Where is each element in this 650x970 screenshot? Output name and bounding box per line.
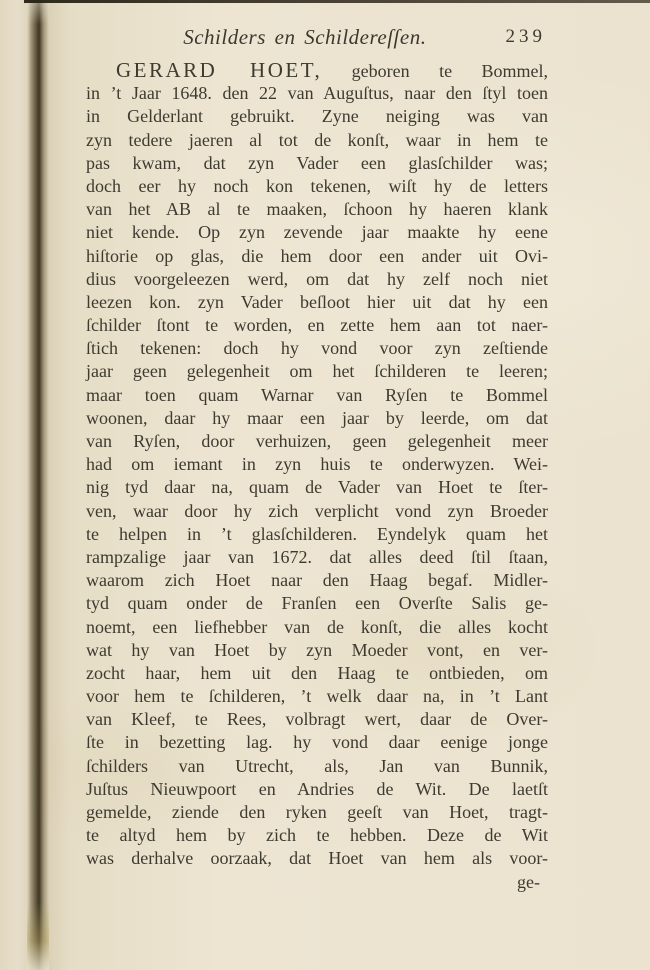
opening-rest: geboren te Bommel, xyxy=(352,61,548,81)
text-line: voor hem te ſchilderen, ’t welk daar na,… xyxy=(86,685,548,708)
text-line: hiſtorie op glas, die hem door een ander… xyxy=(86,245,548,268)
text-line: maar toen quam Warnar van Ryſen te Bomme… xyxy=(86,384,548,407)
text-line: had om iemant in zyn huis te onderwyzen.… xyxy=(86,453,548,476)
entry-name: GERARD HOET, xyxy=(116,58,322,82)
text-line: te altyd hem by zich te hebben. Deze de … xyxy=(86,824,548,847)
text-line: van het AB al te maaken, ſchoon hy haere… xyxy=(86,198,548,221)
text-line: ſte in bezetting lag. hy vond daar eenig… xyxy=(86,731,548,754)
text-line: niet kende. Op zyn zevende jaar maakte h… xyxy=(86,221,548,244)
text-line: jaar geen gelegenheit om het ſchilderen … xyxy=(86,360,548,383)
opening-line: GERARD HOET, geboren te Bommel, xyxy=(86,59,548,82)
text-line: dius voorgeleezen werd, om dat hy zelf n… xyxy=(86,268,548,291)
text-line: ſchilder ſtont te worden, en zette hem a… xyxy=(86,314,548,337)
text-line: ſtich tekenen: doch hy vond voor zyn zeſ… xyxy=(86,337,548,360)
text-line: doch eer hy noch kon tekenen, wiſt hy de… xyxy=(86,175,548,198)
page-content: Schilders en Schildereſſen. 239 GERARD H… xyxy=(86,0,548,894)
page-number: 239 xyxy=(506,26,547,48)
body-lines: in ’t Jaar 1648. den 22 van Auguſtus, na… xyxy=(86,82,548,870)
catchword: ge- xyxy=(86,871,548,894)
text-line: zocht haar, hem uit den Haag te ontbiede… xyxy=(86,662,548,685)
facing-page-edge xyxy=(0,0,30,970)
text-line: woonen, daar hy maar een jaar by leerde,… xyxy=(86,407,548,430)
text-line: van Ryſen, door verhuizen, geen gelegenh… xyxy=(86,430,548,453)
text-line: was derhalve oorzaak, dat Hoet van hem a… xyxy=(86,847,548,870)
text-line: ven, waar door hy zich verplicht vond zy… xyxy=(86,500,548,523)
book-page-scan: Schilders en Schildereſſen. 239 GERARD H… xyxy=(0,0,650,970)
text-line: Juſtus Nieuwpoort en Andries de Wit. De … xyxy=(86,778,548,801)
text-line: wat hy van Hoet by zyn Moeder vont, en v… xyxy=(86,639,548,662)
text-line: in ’t Jaar 1648. den 22 van Auguſtus, na… xyxy=(86,82,548,105)
running-title: Schilders en Schildereſſen. xyxy=(183,25,426,50)
text-line: rampzalige jaar van 1672. dat alles deed… xyxy=(86,546,548,569)
text-line: gemelde, ziende den ryken geeſt van Hoet… xyxy=(86,801,548,824)
text-line: leezen kon. zyn Vader beſloot hier uit d… xyxy=(86,291,548,314)
catchword-text: ge- xyxy=(517,872,540,892)
text-line: nig tyd daar na, quam de Vader van Hoet … xyxy=(86,476,548,499)
text-line: in Gelderlant gebruikt. Zyne neiging was… xyxy=(86,105,548,128)
text-line: tyd quam onder de Franſen een Overſte Sa… xyxy=(86,592,548,615)
text-line: ſchilders van Utrecht, als, Jan van Bunn… xyxy=(86,755,548,778)
text-line: te helpen in ’t glasſchilderen. Eyndelyk… xyxy=(86,523,548,546)
text-line: van Kleef, te Rees, volbragt wert, daar … xyxy=(86,708,548,731)
page-header: Schilders en Schildereſſen. 239 xyxy=(86,25,548,51)
text-line: noemt, een liefhebber van de konſt, die … xyxy=(86,616,548,639)
text-line: zyn tedere jaeren al tot de konſt, waar … xyxy=(86,129,548,152)
gutter-shadow xyxy=(27,0,49,970)
text-line: pas kwam, dat zyn Vader een glasſchilder… xyxy=(86,152,548,175)
text-line: waarom zich Hoet naar den Haag begaf. Mi… xyxy=(86,569,548,592)
body-text: GERARD HOET, geboren te Bommel, in ’t Ja… xyxy=(86,59,548,894)
